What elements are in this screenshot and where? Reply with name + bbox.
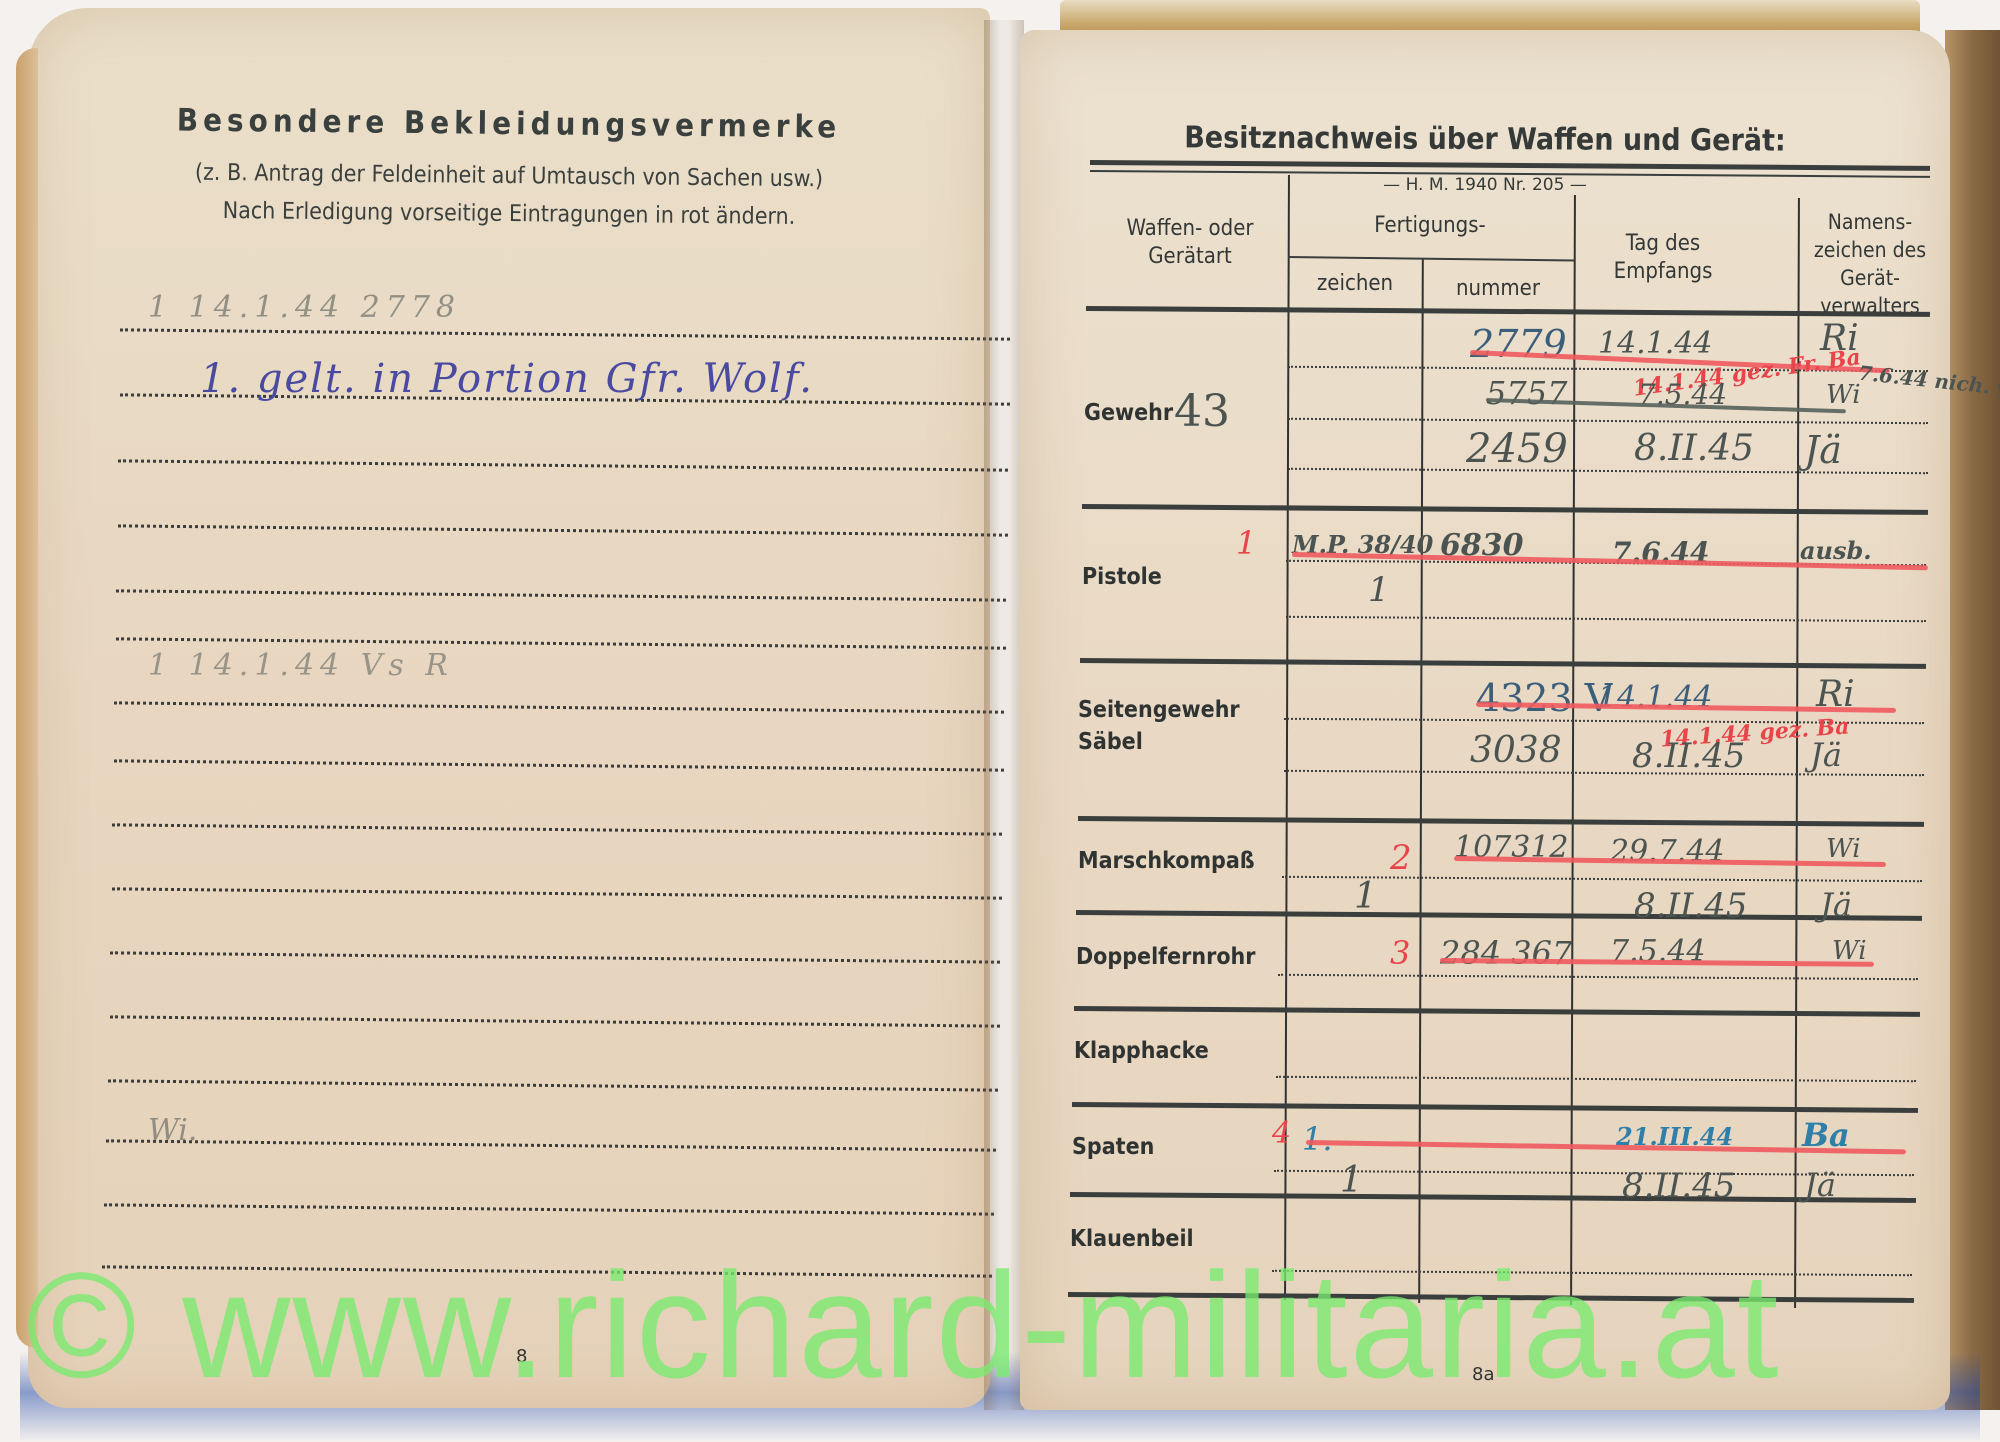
entry-sign: Wi	[1826, 834, 1861, 864]
book-gutter	[984, 20, 1024, 1410]
writing-line	[108, 1079, 998, 1091]
entry-nummer: 3038	[1470, 730, 1562, 771]
header-nummer: nummer	[1424, 275, 1572, 303]
item-spaten: Spaten	[1072, 1134, 1154, 1160]
row-rule	[1082, 504, 1928, 515]
item-pistole: Pistole	[1082, 564, 1162, 590]
header-tag-des-empfangs: Tag des Empfangs	[1578, 230, 1748, 286]
entry-nummer: 2459	[1466, 426, 1568, 472]
item-note: 43	[1174, 386, 1230, 437]
header-zeichen: zeichen	[1290, 270, 1420, 298]
left-page-subtitle-1: (z. B. Antrag der Feldeinheit auf Umtaus…	[28, 158, 990, 194]
entry-sign: ausb.	[1800, 536, 1872, 565]
left-page-subtitle-2: Nach Erledigung vorseitige Eintragungen …	[28, 196, 990, 232]
header-fertigungs: Fertigungs-	[1290, 212, 1570, 240]
entry-nummer: 284 367	[1440, 934, 1572, 972]
entry-line	[1282, 876, 1922, 882]
page-edge	[16, 48, 38, 1348]
writing-line	[110, 951, 1000, 963]
header-waffen-geraetart: Waffen- oder Gerätart	[1110, 215, 1270, 271]
entry-line	[1278, 974, 1918, 980]
handwritten-entry: 1. gelt. in Portion Gfr. Wolf.	[200, 356, 814, 402]
column-divider	[1570, 195, 1576, 1305]
row-rule	[1070, 1192, 1916, 1203]
entry-line	[1288, 418, 1928, 424]
item-gewehr: Gewehr	[1084, 400, 1173, 426]
entry-zeichen: 1	[1340, 1160, 1363, 1201]
entry-sign: Jä	[1804, 428, 1842, 472]
handwritten-entry: Wi.	[148, 1113, 197, 1148]
item-seitengewehr: Seitengewehr Säbel	[1078, 694, 1248, 758]
header-sub-rule	[1288, 256, 1574, 261]
red-marker: 4	[1272, 1116, 1291, 1151]
right-page-subtitle: — H. M. 1940 Nr. 205 —	[1020, 175, 1950, 195]
writing-line	[104, 1203, 994, 1215]
entry-zeichen: 1	[1368, 570, 1390, 610]
writing-line	[106, 1139, 996, 1151]
entry-nummer: 2779	[1470, 322, 1567, 366]
item-klapphacke: Klapphacke	[1074, 1038, 1209, 1064]
entry-line	[1286, 616, 1926, 622]
handwritten-entry: 1 14.1.44 Vs R	[148, 648, 454, 683]
writing-line	[112, 887, 1002, 899]
entry-date: 8.II.45	[1634, 886, 1747, 926]
writing-line	[120, 328, 1010, 340]
item-doppelfernrohr: Doppelfernrohr	[1076, 944, 1256, 970]
writing-line	[114, 759, 1004, 771]
left-page-title: Besondere Bekleidungsvermerke	[28, 101, 990, 147]
entry-zeichen: 1	[1354, 876, 1377, 917]
watermark: © www.richard-militaria.at	[26, 1250, 1781, 1400]
entry-nummer: 4323 V	[1476, 676, 1612, 720]
writing-line	[118, 459, 1008, 471]
row-rule	[1074, 1006, 1920, 1017]
row-rule	[1080, 658, 1926, 669]
entry-sign: Jä	[1804, 1166, 1836, 1204]
writing-line	[110, 1015, 1000, 1027]
entry-sign: Jä	[1810, 736, 1842, 774]
left-page: Besondere Bekleidungsvermerke (z. B. Ant…	[28, 8, 990, 1408]
right-page: Besitznachweis über Waffen und Gerät: — …	[1020, 30, 1950, 1410]
entry-sign: Jä	[1820, 886, 1852, 924]
entry-date: 8.II.45	[1622, 1166, 1735, 1206]
red-marker: 1	[1236, 524, 1256, 562]
header-namenszeichen: Namens- zeichen des Gerät- verwalters	[1800, 208, 1940, 320]
red-marker: 2	[1390, 838, 1412, 878]
entry-nummer: 5757	[1486, 374, 1567, 412]
item-marschkompass: Marschkompaß	[1078, 848, 1255, 874]
right-page-title: Besitznachweis über Waffen und Gerät:	[1020, 120, 1950, 160]
writing-line	[112, 823, 1002, 835]
book-cover-right-edge	[1945, 30, 2000, 1410]
writing-line	[118, 524, 1008, 536]
entry-zeichen: 1.	[1302, 1120, 1333, 1158]
entry-date: 8.II.45	[1634, 428, 1754, 469]
entry-date: 8.II.45	[1632, 736, 1745, 776]
writing-line	[116, 589, 1006, 601]
writing-line	[114, 701, 1004, 713]
row-rule	[1072, 1102, 1918, 1113]
red-marker: 3	[1390, 934, 1410, 972]
handwritten-entry: 1 14.1.44 2778	[148, 290, 461, 325]
entry-line	[1276, 1076, 1916, 1082]
table-top-rule	[1090, 160, 1930, 171]
entry-sign: Wi	[1826, 380, 1861, 410]
